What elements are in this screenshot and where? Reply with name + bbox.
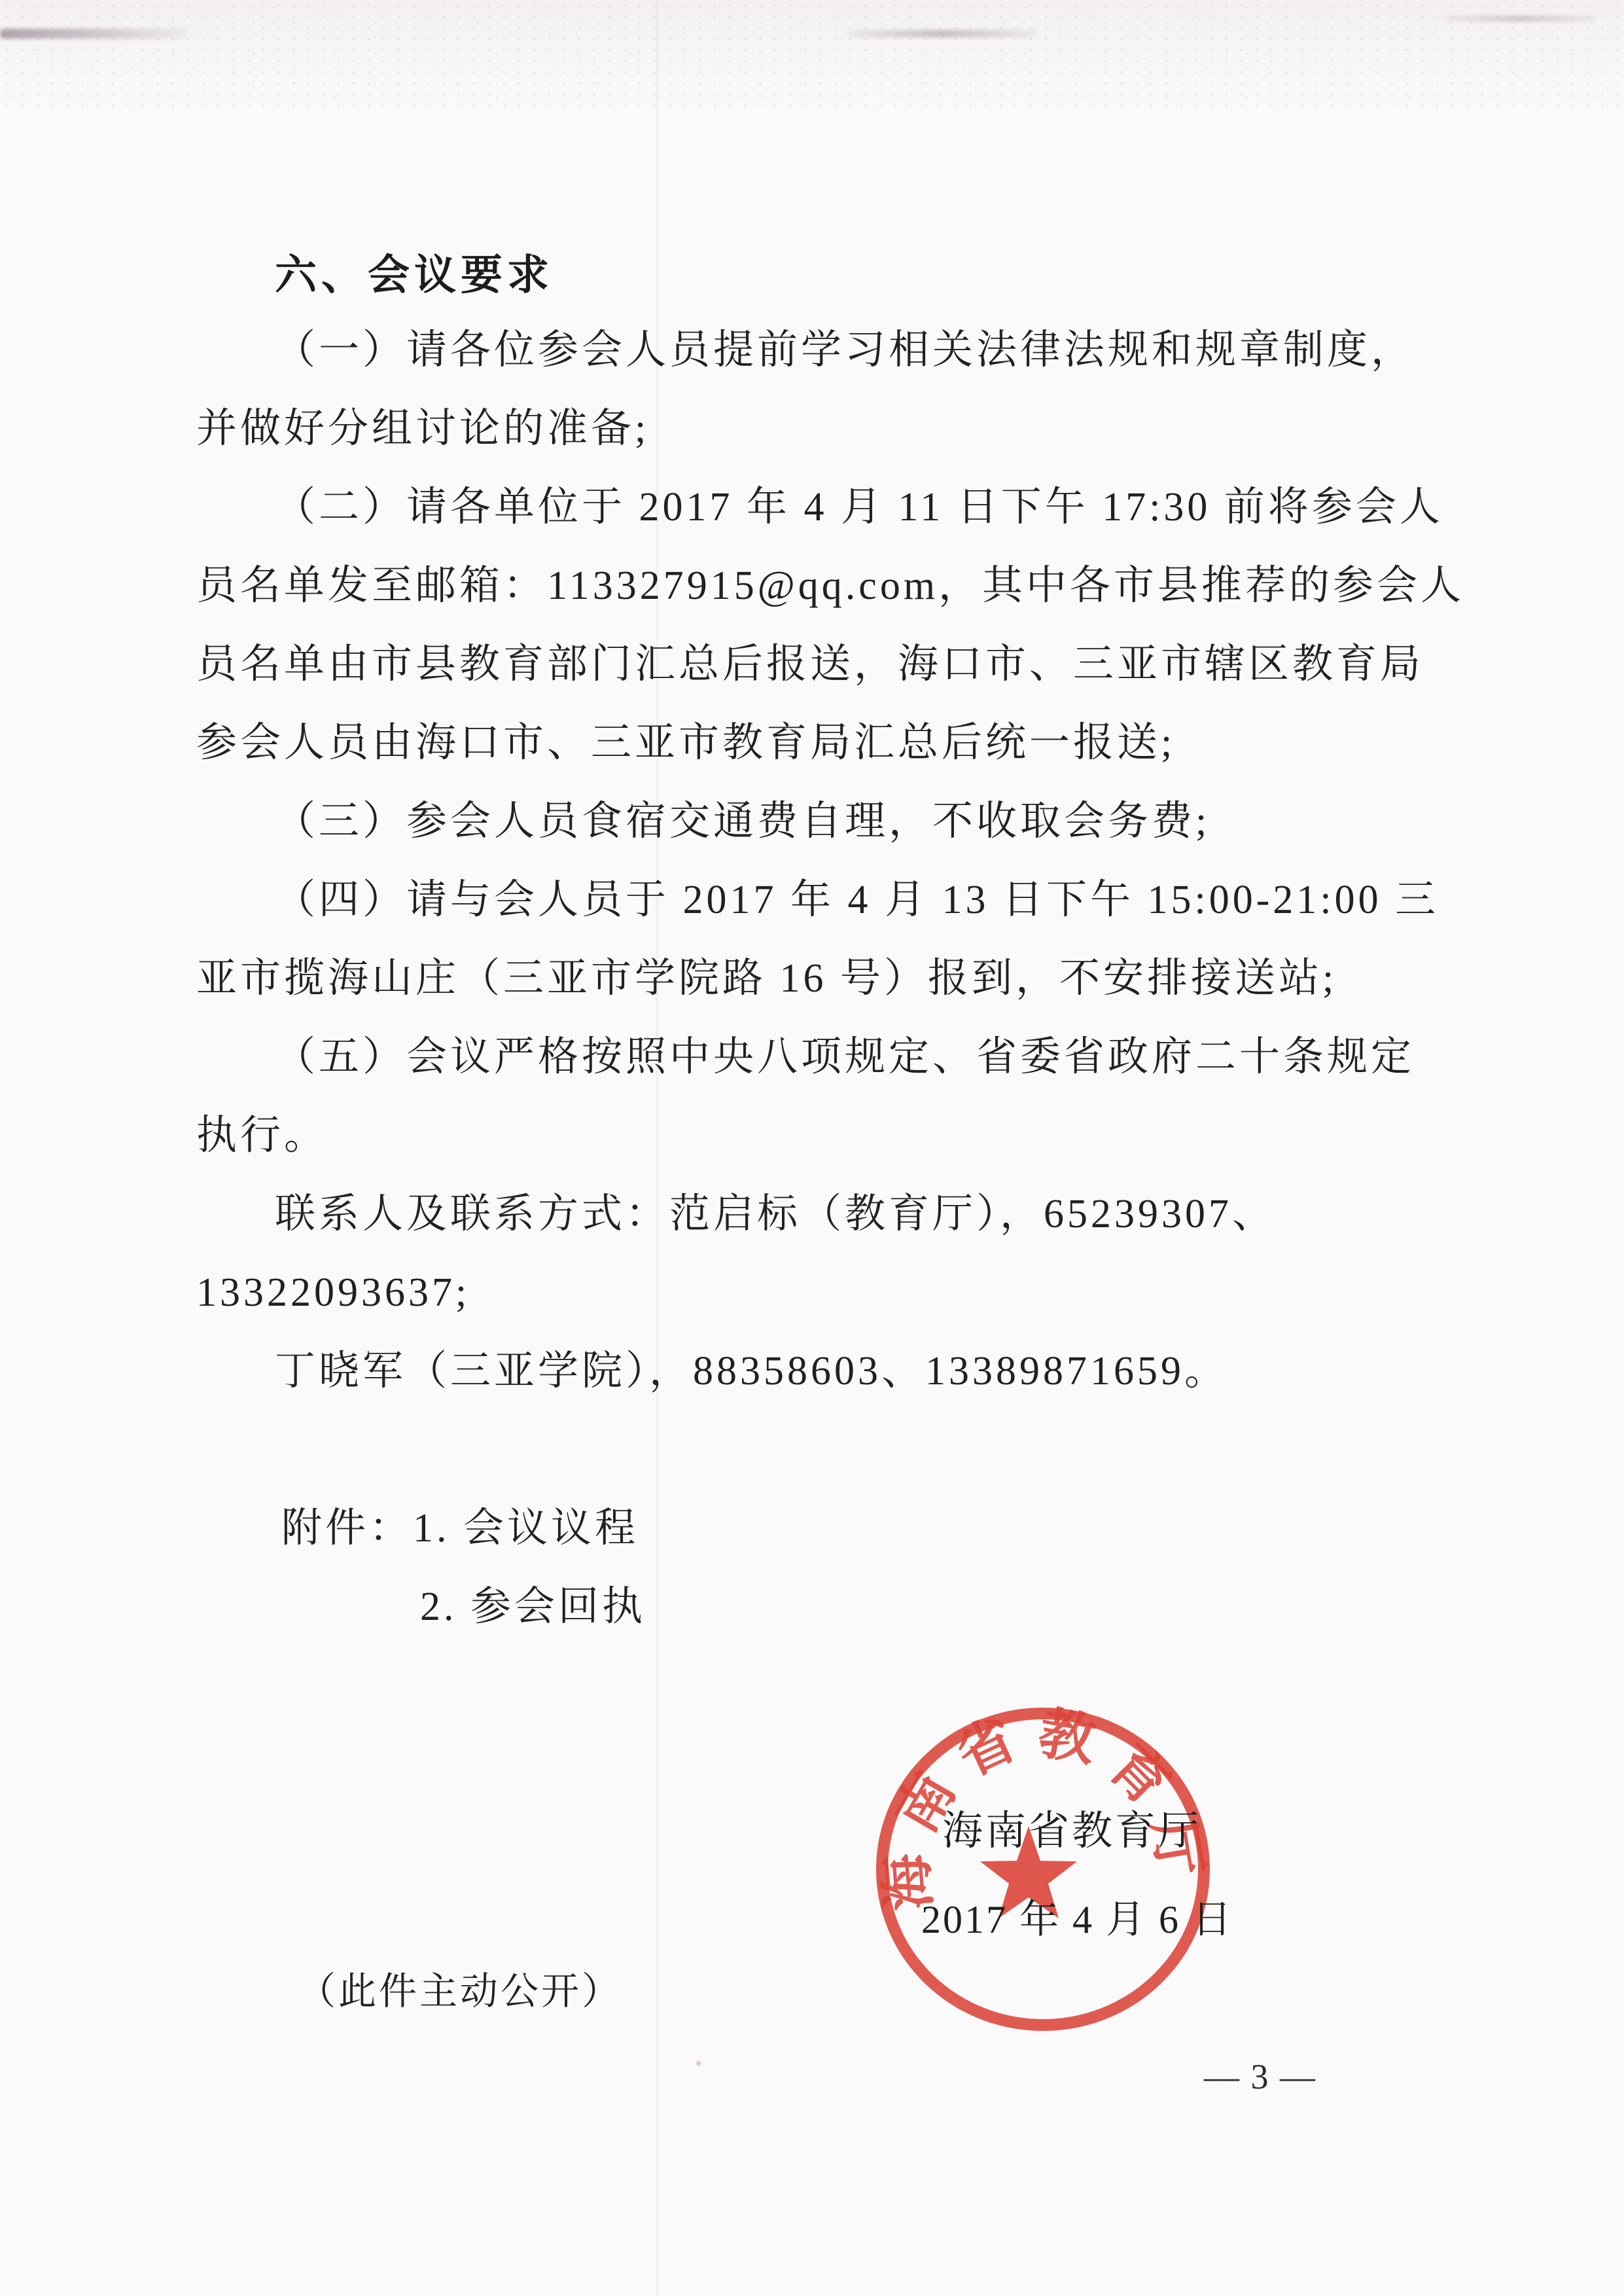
attachment-line-2: 2. 参会回执 xyxy=(420,1584,646,1630)
body-line: 员名单由市县教育部门汇总后报送，海口市、三亚市辖区教育局 xyxy=(196,641,1424,687)
official-seal-stamp: 海南省教育厅 xyxy=(865,1702,1221,2042)
body-line: 并做好分组讨论的准备; xyxy=(196,406,649,452)
contact-line: 丁晓军（三亚学院），88358603、13389871659。 xyxy=(275,1348,1228,1394)
contact-line: 13322093637; xyxy=(196,1270,470,1316)
issue-date: 2017 年 4 月 6 日 xyxy=(921,1897,1233,1943)
body-line: （三）参会人员食宿交通费自理，不收取会务费; xyxy=(275,798,1210,844)
attachment-line-1: 附件：1. 会议议程 xyxy=(281,1505,639,1551)
body-line: （四）请与会人员于 2017 年 4 月 13 日下午 15:00-21:00 … xyxy=(275,877,1439,923)
scan-smudge-top-middle xyxy=(847,30,1037,37)
scan-pink-speck xyxy=(696,2061,701,2066)
body-line: （五）会议严格按照中央八项规定、省委省政府二十条规定 xyxy=(275,1034,1415,1080)
scan-smudge-top-left xyxy=(0,29,186,39)
body-line: （一）请各位参会人员提前学习相关法律法规和规章制度， xyxy=(275,327,1415,373)
issuer-name: 海南省教育厅 xyxy=(942,1808,1201,1854)
section-heading: 六、会议要求 xyxy=(275,252,554,298)
page-number: — 3 — xyxy=(1204,2054,1316,2100)
contact-line: 联系人及联系方式：范启标（教育厅），65239307、 xyxy=(275,1191,1276,1237)
scanned-document-page: 六、会议要求 （一）请各位参会人员提前学习相关法律法规和规章制度， 并做好分组讨… xyxy=(0,0,1624,2296)
publicity-note: （此件主动公开） xyxy=(298,1969,622,2015)
body-line: 亚市揽海山庄（三亚市学院路 16 号）报到，不安排接送站; xyxy=(196,956,1337,1001)
scan-noise-top-band xyxy=(0,0,1624,111)
body-line: 参会人员由海口市、三亚市教育局汇总后统一报送; xyxy=(196,720,1175,766)
scan-smudge-top-right xyxy=(1443,16,1597,22)
body-line: 员名单发至邮箱：113327915@qq.com，其中各市县推荐的参会人 xyxy=(196,563,1464,609)
body-line: （二）请各单位于 2017 年 4 月 11 日下午 17:30 前将参会人 xyxy=(275,484,1443,530)
body-line: 执行。 xyxy=(196,1113,328,1158)
